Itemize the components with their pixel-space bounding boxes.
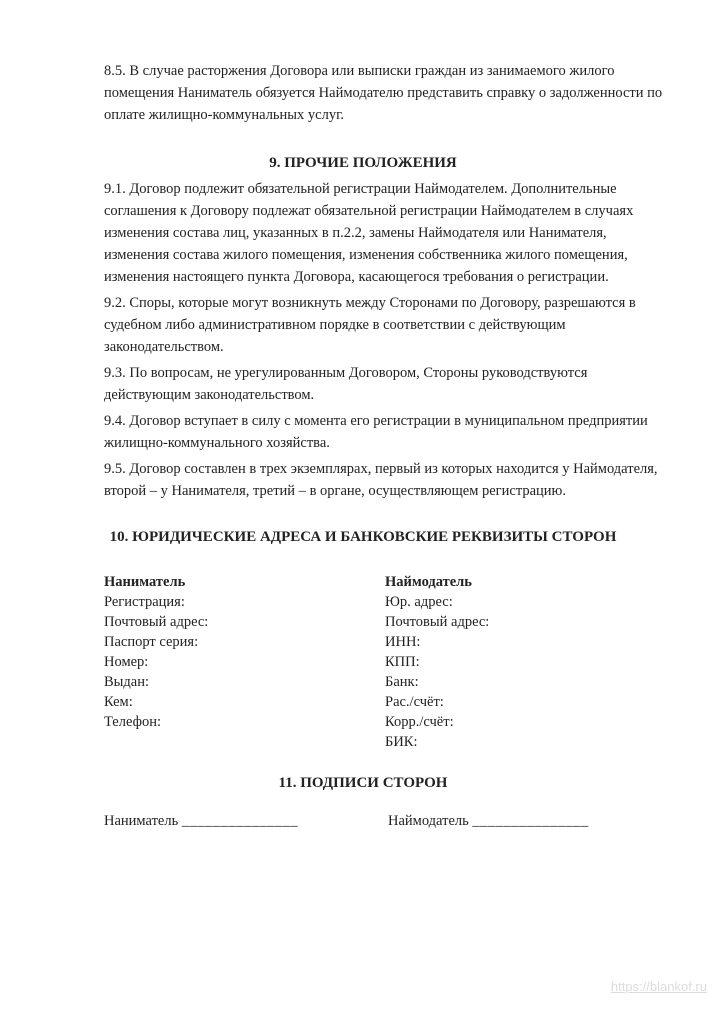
watermark-link[interactable]: https://blankof.ru — [611, 979, 707, 994]
landlord-field-bik: БИК: — [385, 732, 670, 752]
clause-9-5: 9.5. Договор составлен в трех экземпляра… — [104, 458, 670, 502]
section-9-heading: 9. ПРОЧИЕ ПОЛОЖЕНИЯ — [104, 152, 622, 174]
landlord-field-settlement-account: Рас./счёт: — [385, 692, 670, 712]
tenant-field-number: Номер: — [104, 652, 385, 672]
landlord-signature-line: _______________ — [472, 813, 588, 829]
tenant-field-issued-by: Кем: — [104, 692, 385, 712]
tenant-signature: Наниматель _______________ — [104, 810, 388, 832]
contract-content: 8.5. В случае расторжения Договора или в… — [104, 60, 670, 832]
requisites-columns: Наниматель Регистрация: Почтовый адрес: … — [104, 572, 670, 752]
tenant-title: Наниматель — [104, 572, 385, 592]
contract-page: 8.5. В случае расторжения Договора или в… — [0, 0, 724, 1024]
tenant-requisites: Наниматель Регистрация: Почтовый адрес: … — [104, 572, 385, 752]
landlord-field-kpp: КПП: — [385, 652, 670, 672]
tenant-field-registration: Регистрация: — [104, 592, 385, 612]
landlord-signature-label: Наймодатель — [388, 813, 469, 829]
landlord-field-inn: ИНН: — [385, 632, 670, 652]
tenant-signature-label: Наниматель — [104, 813, 178, 829]
signatures-row: Наниматель _______________ Наймодатель _… — [104, 810, 670, 832]
tenant-field-issued: Выдан: — [104, 672, 385, 692]
landlord-field-postal-address: Почтовый адрес: — [385, 612, 670, 632]
section-10-heading: 10. ЮРИДИЧЕСКИЕ АДРЕСА И БАНКОВСКИЕ РЕКВ… — [104, 526, 622, 548]
landlord-field-bank: Банк: — [385, 672, 670, 692]
tenant-signature-line: _______________ — [182, 813, 298, 829]
landlord-field-corr-account: Корр./счёт: — [385, 712, 670, 732]
landlord-signature: Наймодатель _______________ — [388, 810, 670, 832]
tenant-field-passport-series: Паспорт серия: — [104, 632, 385, 652]
clause-9-2: 9.2. Споры, которые могут возникнуть меж… — [104, 292, 670, 358]
landlord-requisites: Наймодатель Юр. адрес: Почтовый адрес: И… — [385, 572, 670, 752]
tenant-field-phone: Телефон: — [104, 712, 385, 732]
clause-9-3: 9.3. По вопросам, не урегулированным Дог… — [104, 362, 670, 406]
clause-8-5: 8.5. В случае расторжения Договора или в… — [104, 60, 670, 126]
landlord-title: Наймодатель — [385, 572, 670, 592]
landlord-field-legal-address: Юр. адрес: — [385, 592, 670, 612]
tenant-field-postal-address: Почтовый адрес: — [104, 612, 385, 632]
clause-9-1: 9.1. Договор подлежит обязательной регис… — [104, 178, 670, 288]
section-11-heading: 11. ПОДПИСИ СТОРОН — [104, 772, 622, 794]
clause-9-4: 9.4. Договор вступает в силу с момента е… — [104, 410, 670, 454]
